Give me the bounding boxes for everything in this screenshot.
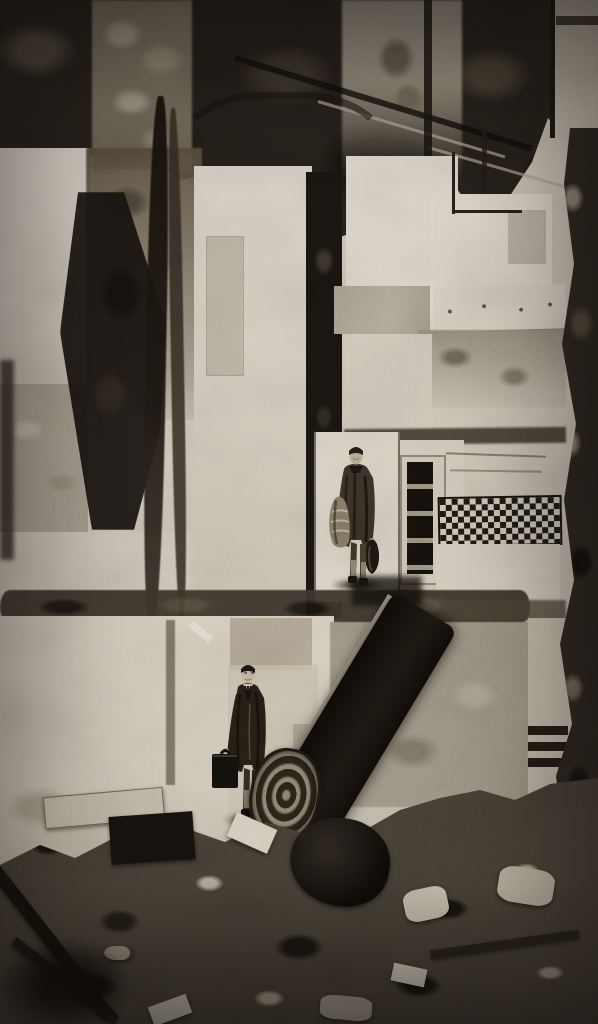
lower-wall-crack bbox=[166, 620, 175, 785]
white-joist bbox=[433, 284, 566, 333]
wall-panel-left-lower bbox=[0, 532, 190, 596]
ladder-niche bbox=[407, 462, 433, 574]
wallpaper-strip bbox=[206, 236, 244, 376]
wall-panel-below-band bbox=[346, 334, 432, 434]
wall-panel-center bbox=[194, 166, 312, 602]
left-edge-shadow bbox=[0, 360, 14, 560]
conduit-pipe-vertical bbox=[452, 152, 455, 214]
debris-dark-box bbox=[108, 811, 195, 865]
lintel-fragment bbox=[556, 16, 598, 25]
plaster-mottle-right bbox=[418, 330, 566, 408]
ruined-building-photograph bbox=[0, 0, 598, 1024]
mid-floor-rubble-band-right bbox=[440, 600, 566, 620]
painted-band-grey bbox=[334, 286, 436, 334]
conduit-pipe-horizontal bbox=[452, 210, 522, 213]
tile-frieze-pattern bbox=[438, 495, 563, 547]
rubble-shadow-patch bbox=[0, 940, 130, 1024]
pasted-figure-man-with-bags bbox=[324, 442, 388, 594]
door-outline-grey bbox=[508, 210, 546, 264]
